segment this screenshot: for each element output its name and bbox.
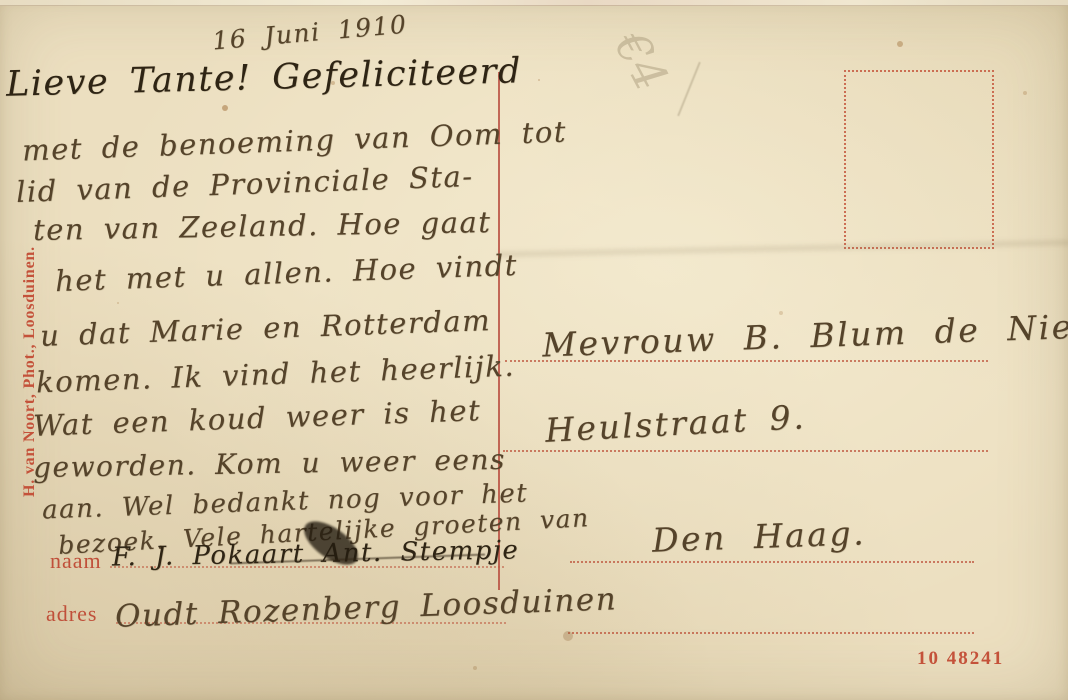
message-line: Lieve Tante! Gefeliciteerd — [6, 51, 523, 104]
address-line-city: Den Haag. — [651, 513, 866, 559]
serial-number: 10 48241 — [917, 648, 1004, 670]
message-line: u dat Marie en Rotterdam — [40, 303, 492, 353]
message-line: lid van de Provinciale Sta- — [16, 159, 475, 209]
message-line: het met u allen. Hoe vindt — [55, 248, 519, 298]
message-date: 16 Juni 1910 — [211, 10, 408, 56]
address-line-recipient: Mevrouw B. Blum de Niet — [541, 306, 1068, 364]
pencil-price-mark: €4 — [604, 22, 679, 99]
adres-label: adres — [46, 601, 97, 627]
postcard-scan: H. van Noort, Phot., Loosduinen. naam ad… — [0, 0, 1068, 700]
stamp-box — [844, 70, 994, 249]
message-line: geworden. Kom u weer eens — [33, 443, 506, 484]
paper-crease — [498, 238, 1068, 259]
foxing-spots — [222, 105, 228, 111]
message-line: komen. Ik vind het heerlijk. — [36, 349, 516, 400]
message-line: Wat een koud weer is het — [33, 393, 482, 443]
message-line: ten van Zeeland. Hoe gaat — [33, 205, 492, 247]
address-dotted-line-3 — [570, 561, 974, 563]
address-line-street: Heulstraat 9. — [544, 397, 807, 450]
address-dotted-line-4 — [568, 632, 974, 634]
address-dotted-line-2 — [503, 450, 988, 452]
postcard-back: H. van Noort, Phot., Loosduinen. naam ad… — [0, 0, 1068, 700]
signature-address: Oudt Rozenberg Loosduinen — [115, 581, 618, 635]
paper-scratch — [677, 62, 701, 117]
message-line: met de benoeming van Oom tot — [22, 114, 568, 167]
scan-edge-top — [0, 0, 1068, 6]
